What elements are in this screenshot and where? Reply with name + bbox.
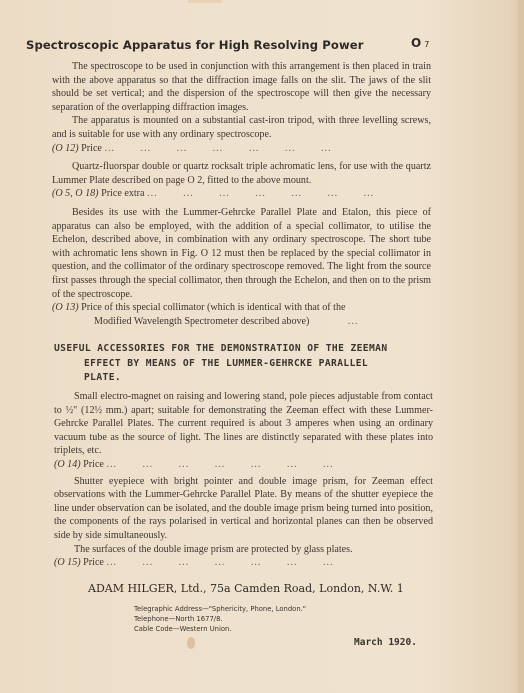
heading-line: PLATE.	[54, 371, 434, 386]
heading-line: EFFECT BY MEANS OF THE LUMMER-GEHRCKE PA…	[54, 357, 434, 372]
leader-dots: ... ... ... ... ... ... ...	[104, 143, 331, 154]
date: March 1920.	[354, 637, 417, 648]
contact-info: Telegraphic Address—"Sphericity, Phone, …	[134, 604, 306, 635]
leader-dots: ...	[348, 316, 359, 327]
company-address: ADAM HILGER, Ltd., 75a Camden Road, Lond…	[88, 582, 404, 595]
document-page: Spectroscopic Apparatus for High Resolvi…	[0, 0, 524, 693]
paragraph: Quartz-fluorspar double or quartz rocksa…	[52, 160, 431, 187]
item-code: (O 12)	[52, 143, 79, 154]
leader-dots: ... ... ... ... ... ... ...	[106, 557, 333, 568]
price-line: (O 13) Price of this special collimator …	[52, 301, 431, 315]
price-line-cont: Modified Wavelength Spectrometer describ…	[52, 315, 431, 329]
price-label: Price extra	[101, 188, 144, 199]
price-label: Price	[83, 557, 104, 568]
item-code: (O 14)	[54, 459, 81, 470]
paragraph: The surfaces of the double image prism a…	[54, 543, 433, 557]
price-label: Price of this special collimator (which …	[81, 302, 345, 313]
section-heading: USEFUL ACCESSORIES FOR THE DEMONSTRATION…	[54, 342, 434, 386]
section-apparatus: The spectroscope to be used in conjuncti…	[52, 60, 431, 328]
paragraph: Shutter eyepiece with bright pointer and…	[54, 475, 433, 543]
page-number: O7	[411, 36, 429, 50]
item-code: (O 13)	[52, 302, 79, 313]
item-code: (O 5, O 18)	[52, 188, 99, 199]
price-label: Price	[83, 459, 104, 470]
section-zeeman: Small electro-magnet on raising and lowe…	[54, 390, 433, 570]
page-num: 7	[424, 40, 429, 49]
page-letter: O	[411, 36, 421, 50]
paragraph: The spectroscope to be used in conjuncti…	[52, 60, 431, 114]
paragraph: Besides its use with the Lummer-Gehrcke …	[52, 206, 431, 301]
telegraphic-address: Telegraphic Address—"Sphericity, Phone, …	[134, 604, 306, 614]
price-line: (O 14) Price ... ... ... ... ... ... ...	[54, 458, 433, 472]
price-line: (O 15) Price ... ... ... ... ... ... ...	[54, 556, 433, 570]
cable-code: Cable Code—Western Union.	[134, 624, 306, 634]
stain	[187, 637, 195, 649]
leader-dots: ... ... ... ... ... ... ...	[106, 459, 333, 470]
price-line: (O 12) Price ... ... ... ... ... ... ...	[52, 142, 431, 156]
telephone: Telephone—North 1677/8.	[134, 614, 306, 624]
price-line: (O 5, O 18) Price extra ... ... ... ... …	[52, 187, 431, 201]
paragraph: The apparatus is mounted on a substantia…	[52, 114, 431, 141]
leader-dots: ... ... ... ... ... ... ...	[147, 188, 374, 199]
page-edge	[518, 0, 524, 693]
heading-line: USEFUL ACCESSORIES FOR THE DEMONSTRATION…	[54, 342, 434, 357]
paragraph: Small electro-magnet on raising and lowe…	[54, 390, 433, 458]
price-label: Price	[81, 143, 102, 154]
price-label: Modified Wavelength Spectrometer describ…	[94, 316, 309, 327]
stain	[188, 0, 222, 3]
page-title: Spectroscopic Apparatus for High Resolvi…	[26, 38, 434, 52]
item-code: (O 15)	[54, 557, 81, 568]
